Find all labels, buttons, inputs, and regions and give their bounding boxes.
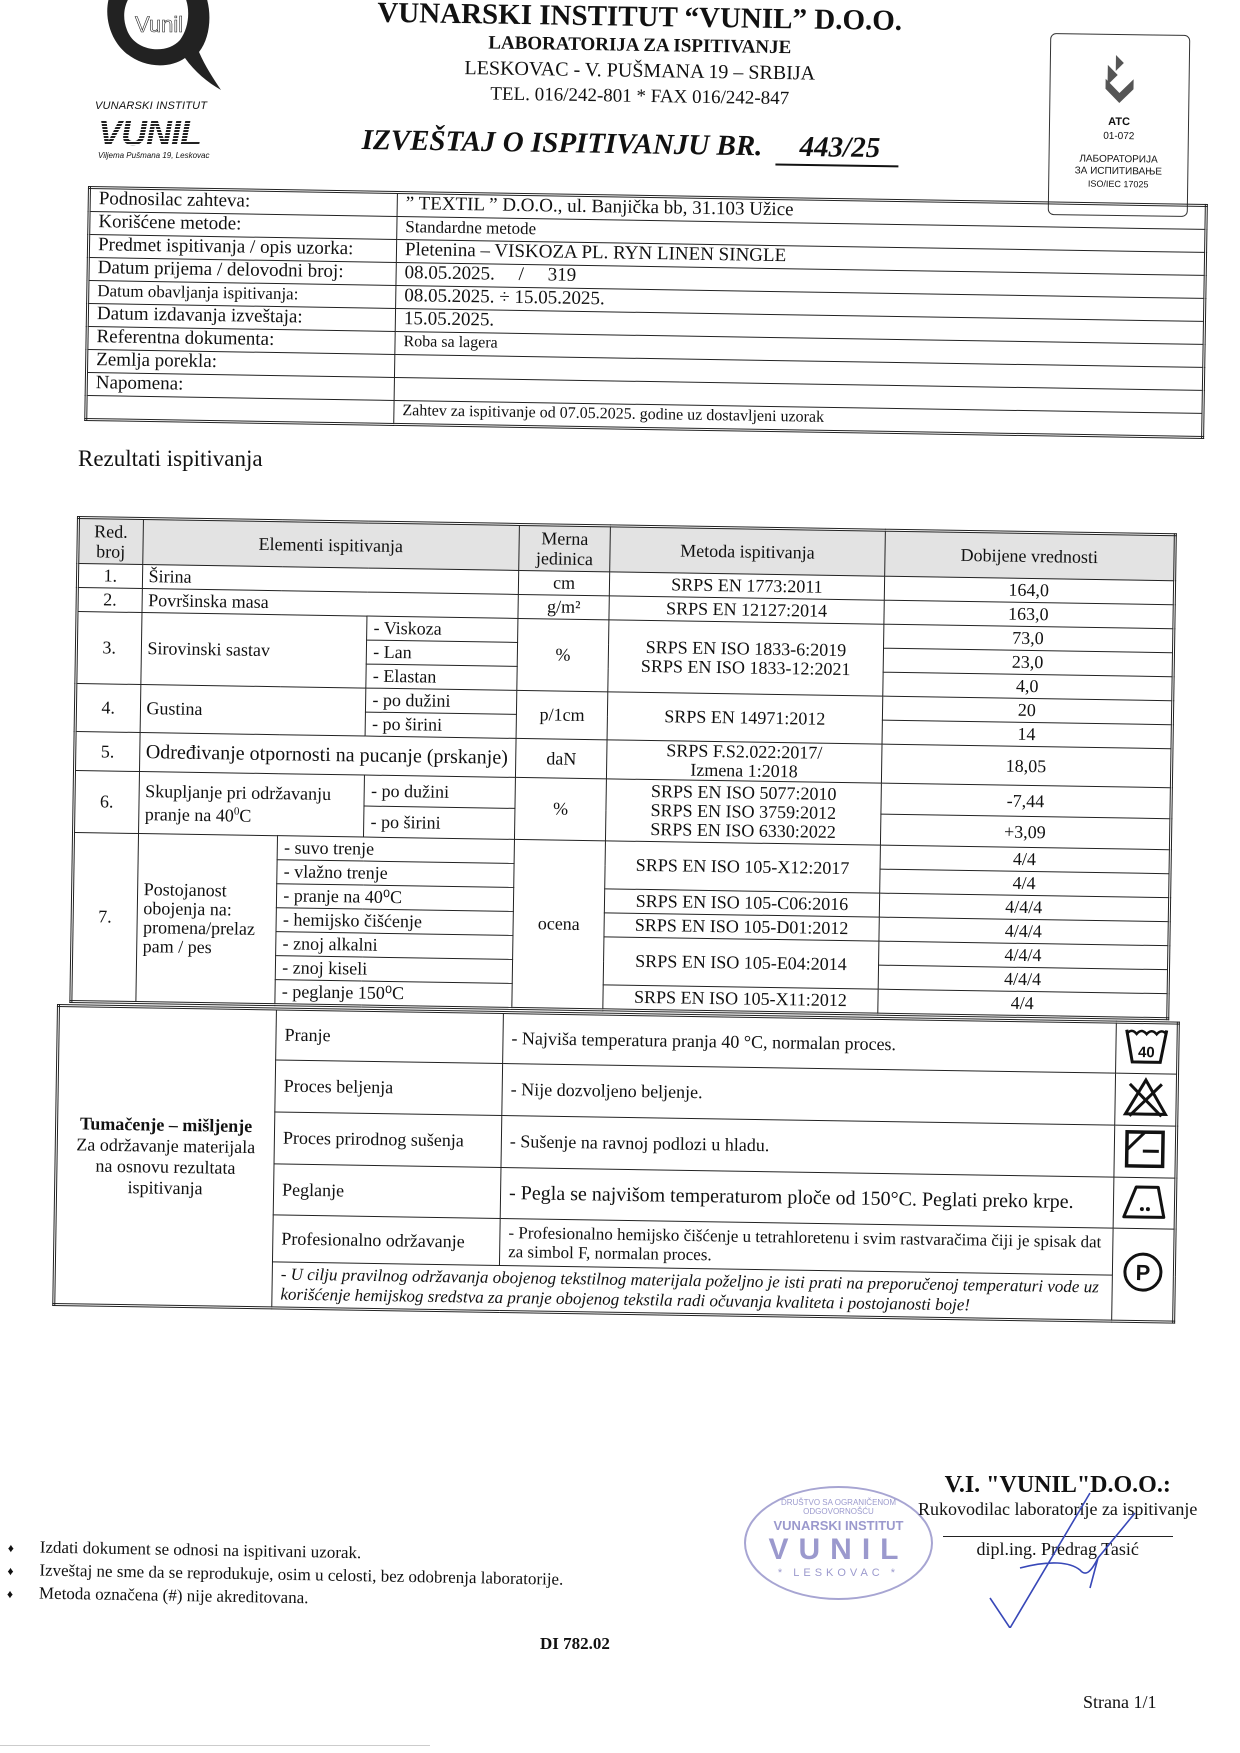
svg-text:P: P — [1135, 1260, 1150, 1285]
no-bleach-icon — [1121, 1076, 1170, 1119]
row-element: Sirovinski sastav — [140, 613, 367, 689]
dry-clean-p-icon: P — [1121, 1250, 1166, 1295]
row-method: SRPS EN ISO 105-E04:2014 — [604, 937, 879, 989]
row-unit: g/m² — [518, 594, 610, 619]
row-sub-element: - vlažno trenje — [277, 860, 514, 888]
row-method: SRPS EN ISO 1833-6:2019 SRPS EN ISO 1833… — [608, 620, 883, 696]
row-unit: daN — [515, 738, 607, 778]
dry-flat-shade-icon — [1123, 1128, 1168, 1171]
info-label — [86, 395, 394, 424]
accreditation-badge: ATC 01-072 ЛАБОРАТОРИЈА ЗА ИСПИТИВАЊЕ IS… — [1048, 33, 1191, 217]
vunil-q-logo-icon: Vunil — [95, 0, 225, 95]
care-label: Pranje — [276, 1009, 504, 1064]
bullet-icon: ♦ — [8, 1538, 40, 1560]
header-unit: Merna jedinica — [519, 524, 611, 571]
row-no: 3. — [76, 612, 142, 685]
care-text: - Sušenje na ravnoj podlozi u hladu. — [501, 1116, 1115, 1178]
care-symbol-cell: 40 — [1116, 1022, 1179, 1074]
row-sub-element: - peglanje 150⁰C — [275, 980, 512, 1009]
row-no: 5. — [75, 731, 140, 771]
row-sub-element: - znoj alkalni — [276, 932, 513, 960]
official-stamp: DRUŠTVO SA OGRANIČENOM ODGOVORNOŠĆU VUNA… — [744, 1486, 933, 1600]
logo-wordmark: VUNIL — [98, 112, 201, 154]
care-symbol-cell — [1114, 1125, 1177, 1178]
row-unit: p/1cm — [516, 690, 608, 739]
care-interpretation-table: Tumačenje – mišljenje Za održavanje mate… — [52, 1004, 1180, 1324]
care-label: Proces prirodnog sušenja — [274, 1112, 502, 1168]
interpretation-desc: Za održavanje materijala na osnovu rezul… — [65, 1134, 266, 1200]
row-value: 4/4 — [877, 989, 1168, 1019]
row-method: SRPS F.S2.022:2017/ Izmena 1:2018 — [607, 740, 882, 783]
logo-address: Viljema Pušmana 19, Leskovac — [98, 151, 209, 160]
atc-name: ATC — [1050, 115, 1188, 129]
care-label: Profesionalno održavanje — [272, 1215, 500, 1266]
header-no: Red. broj — [78, 518, 143, 565]
row-sub-element: - Viskoza — [367, 616, 518, 642]
scan-edge-line — [0, 1745, 430, 1746]
row-unit: % — [517, 618, 610, 691]
row-no: 6. — [74, 770, 139, 833]
iron-medium-icon — [1120, 1180, 1169, 1221]
svg-text:40: 40 — [1138, 1044, 1155, 1061]
note-text: Izdati dokument se odnosi na ispitivani … — [40, 1538, 362, 1563]
bullet-icon: ♦ — [7, 1561, 39, 1583]
page-number: Strana 1/1 — [1083, 1692, 1157, 1713]
row-element: Skupljanje pri održavanju pranje na 400C — [138, 772, 365, 838]
row-element-text: Skupljanje pri održavanju pranje na 40 — [145, 781, 332, 825]
header-element: Elementi ispitivanja — [142, 519, 519, 571]
wash-40-icon: 40 — [1122, 1026, 1171, 1067]
row-no: 1. — [77, 564, 142, 589]
stamp-line4: * LESKOVAC * — [746, 1567, 931, 1579]
row-sub-element: - pranje na 40⁰C — [277, 884, 514, 912]
row-sub-element: - znoj kiseli — [276, 956, 513, 984]
row-unit: cm — [518, 570, 610, 595]
care-symbol-cell: P — [1112, 1228, 1175, 1322]
atc-lab-text: ЛАБОРАТОРИЈА ЗА ИСПИТИВАЊЕ ISO/IEC 17025 — [1049, 153, 1187, 191]
stamp-line2: VUNARSKI INSTITUT — [746, 1518, 931, 1533]
care-symbol-cell — [1115, 1073, 1178, 1126]
atc-line3: ISO/IEC 17025 — [1049, 177, 1187, 191]
atc-code: 01-072 — [1050, 130, 1188, 143]
care-label: Proces beljenja — [275, 1060, 503, 1116]
row-element: Određivanje otpornosti na pucanje (prska… — [139, 733, 516, 778]
care-text: - Nije dozvoljeno beljenje. — [502, 1064, 1116, 1126]
row-value: 18,05 — [881, 744, 1172, 788]
row-sub-element: - hemijsko čišćenje — [276, 908, 513, 936]
results-table: Red. broj Elementi ispitivanja Merna jed… — [69, 516, 1177, 1020]
request-info-table: Podnosilac zahteva: ” TEXTIL ” D.O.O., u… — [84, 186, 1208, 439]
bullet-icon: ♦ — [7, 1584, 39, 1606]
footer-notes: ♦Izdati dokument se odnosi na ispitivani… — [7, 1536, 564, 1615]
care-label: Peglanje — [273, 1164, 501, 1219]
row-sub-element: - po širini — [365, 712, 516, 738]
report-label: IZVEŠTAJ O ISPITIVANJU BR. — [361, 124, 762, 162]
row-method: SRPS EN ISO 105-X12:2017 — [605, 841, 880, 893]
document-code: DI 782.02 — [540, 1634, 610, 1654]
handwritten-signature-icon — [920, 1478, 1160, 1628]
row-sub-element: - po širini — [364, 806, 515, 839]
report-title: IZVEŠTAJ O ISPITIVANJU BR. 443/25 — [361, 124, 898, 167]
header-value: Dobijene vrednosti — [884, 530, 1175, 581]
row-sub-element: - po dužini — [366, 688, 517, 714]
svg-text:Vunil: Vunil — [135, 12, 183, 37]
row-unit: ocena — [512, 839, 606, 1009]
row-method: SRPS EN ISO 5077:2010 SRPS EN ISO 3759:2… — [606, 779, 881, 845]
header-method: Metoda ispitivanja — [610, 526, 885, 576]
logo-caption: VUNARSKI INSTITUT — [95, 100, 235, 112]
row-element-suffix: C — [239, 805, 251, 825]
method-line: SRPS EN ISO 1833-12:2021 — [615, 656, 877, 679]
row-no: 4. — [75, 684, 140, 733]
report-number: 443/25 — [775, 131, 898, 168]
row-value: -7,44 — [880, 783, 1171, 819]
row-element: Postojanost obojenja na: promena/prelaz … — [135, 833, 277, 1004]
row-sub-element: - po dužini — [364, 775, 515, 808]
row-no: 7. — [71, 832, 138, 1002]
row-sub-element: - Lan — [367, 640, 518, 666]
row-method: SRPS EN 14971:2012 — [607, 692, 882, 744]
stamp-line3: VUNIL — [746, 1533, 931, 1567]
results-title: Rezultati ispitivanja — [78, 446, 263, 472]
stamp-line1: DRUŠTVO SA OGRANIČENOM ODGOVORNOŠĆU — [746, 1498, 931, 1516]
row-unit: % — [514, 777, 606, 840]
row-element: Gustina — [140, 685, 367, 737]
row-method: SRPS EN ISO 105-X11:2012 — [603, 985, 878, 1014]
atc-logo-icon — [1101, 55, 1138, 105]
care-symbol-cell — [1113, 1177, 1176, 1229]
row-sub-element: - Elastan — [366, 664, 517, 690]
row-value: +3,09 — [880, 814, 1171, 850]
method-line: SRPS EN ISO 6330:2022 — [612, 819, 874, 842]
note-text: Metoda označena (#) nije akreditovana. — [39, 1584, 309, 1608]
interpretation-heading: Tumačenje – mišljenje Za održavanje mate… — [54, 1006, 277, 1308]
row-no: 2. — [77, 588, 142, 613]
